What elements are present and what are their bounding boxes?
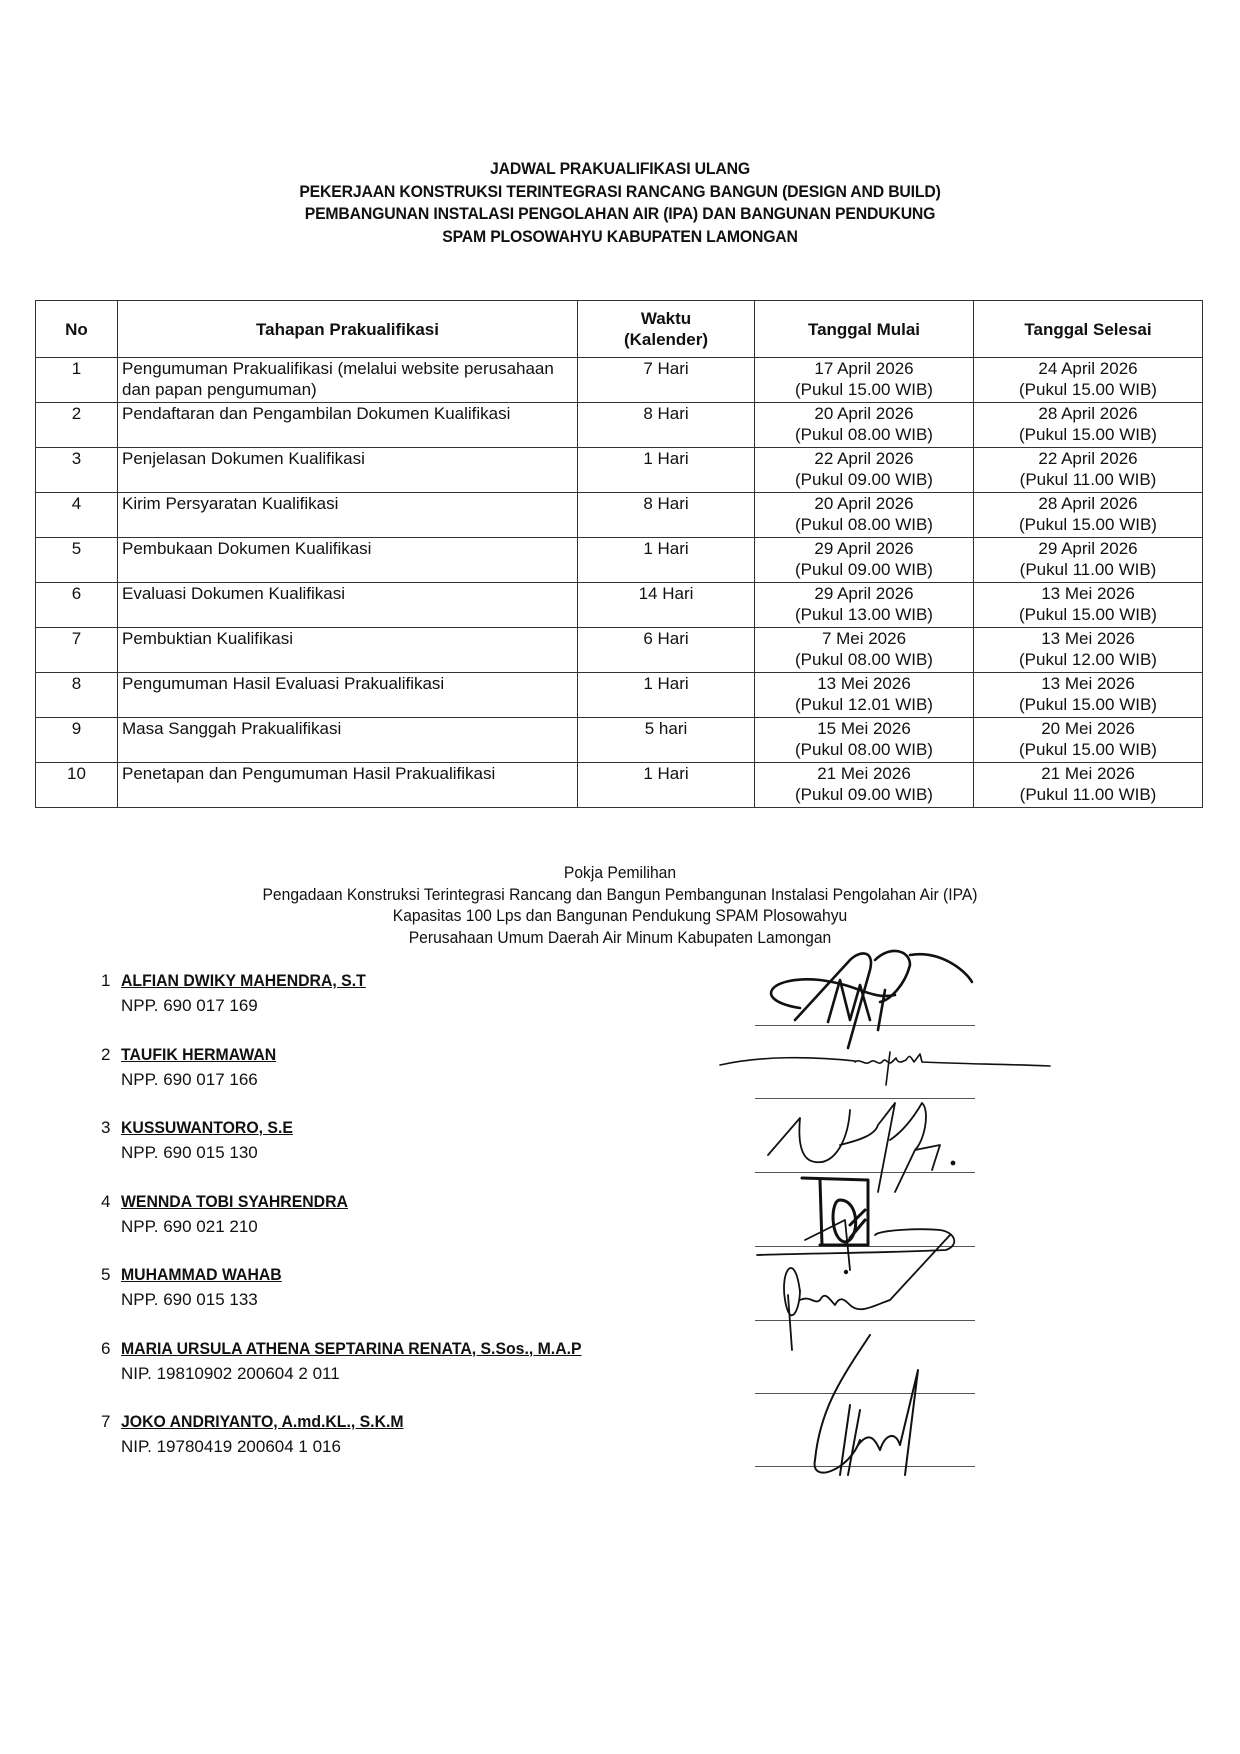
cell-end: 13 Mei 2026 (Pukul 15.00 WIB) — [974, 673, 1203, 718]
header-duration-line2: (Kalender) — [578, 329, 754, 350]
cell-no: 4 — [36, 493, 118, 538]
cell-end: 24 April 2026 (Pukul 15.00 WIB) — [974, 358, 1203, 403]
signature-5-icon — [757, 1220, 954, 1350]
table-row: 10 Penetapan dan Pengumuman Hasil Prakua… — [36, 763, 1203, 808]
header-end: Tanggal Selesai — [974, 301, 1203, 358]
member-number: 4 — [101, 1191, 110, 1212]
member-number: 6 — [101, 1338, 110, 1359]
member-id: NPP. 690 017 169 — [121, 995, 258, 1016]
cell-stage: Penetapan dan Pengumuman Hasil Prakualif… — [118, 763, 578, 808]
start-time: (Pukul 09.00 WIB) — [755, 784, 973, 805]
committee-line-2: Pengadaan Konstruksi Terintegrasi Rancan… — [50, 884, 1191, 906]
cell-no: 10 — [36, 763, 118, 808]
cell-duration: 1 Hari — [578, 763, 755, 808]
table-row: 9 Masa Sanggah Prakualifikasi 5 hari 15 … — [36, 718, 1203, 763]
cell-stage: Pembukaan Dokumen Kualifikasi — [118, 538, 578, 583]
member-name: TAUFIK HERMAWAN — [121, 1044, 276, 1065]
start-date: 20 April 2026 — [755, 403, 973, 424]
cell-end: 28 April 2026 (Pukul 15.00 WIB) — [974, 493, 1203, 538]
title-line-3: PEMBANGUNAN INSTALASI PENGOLAHAN AIR (IP… — [43, 203, 1196, 226]
cell-start: 15 Mei 2026 (Pukul 08.00 WIB) — [755, 718, 974, 763]
end-time: (Pukul 15.00 WIB) — [974, 424, 1202, 445]
table-row: 4 Kirim Persyaratan Kualifikasi 8 Hari 2… — [36, 493, 1203, 538]
signature-4-icon — [802, 1178, 868, 1245]
schedule-table: No Tahapan Prakualifikasi Waktu (Kalende… — [35, 300, 1203, 808]
member-name: MARIA URSULA ATHENA SEPTARINA RENATA, S.… — [121, 1338, 582, 1359]
member-item: 4 WENNDA TOBI SYAHRENDRA NPP. 690 021 21… — [101, 1191, 741, 1265]
member-name: MUHAMMAD WAHAB — [121, 1264, 282, 1285]
start-date: 22 April 2026 — [755, 448, 973, 469]
cell-start: 29 April 2026 (Pukul 13.00 WIB) — [755, 583, 974, 628]
cell-no: 2 — [36, 403, 118, 448]
title-line-1: JADWAL PRAKUALIFIKASI ULANG — [43, 158, 1196, 181]
cell-stage: Pengumuman Hasil Evaluasi Prakualifikasi — [118, 673, 578, 718]
end-time: (Pukul 11.00 WIB) — [974, 559, 1202, 580]
cell-end: 20 Mei 2026 (Pukul 15.00 WIB) — [974, 718, 1203, 763]
member-id: NIP. 19780419 200604 1 016 — [121, 1436, 341, 1457]
signature-marks — [700, 940, 1100, 1500]
cell-stage: Masa Sanggah Prakualifikasi — [118, 718, 578, 763]
cell-duration: 7 Hari — [578, 358, 755, 403]
start-time: (Pukul 09.00 WIB) — [755, 469, 973, 490]
cell-stage: Pengumuman Prakualifikasi (melalui websi… — [118, 358, 578, 403]
cell-start: 20 April 2026 (Pukul 08.00 WIB) — [755, 493, 974, 538]
end-date: 21 Mei 2026 — [974, 763, 1202, 784]
cell-start: 20 April 2026 (Pukul 08.00 WIB) — [755, 403, 974, 448]
cell-stage: Pendaftaran dan Pengambilan Dokumen Kual… — [118, 403, 578, 448]
end-date: 13 Mei 2026 — [974, 583, 1202, 604]
start-time: (Pukul 08.00 WIB) — [755, 514, 973, 535]
end-time: (Pukul 11.00 WIB) — [974, 469, 1202, 490]
member-number: 1 — [101, 970, 110, 991]
cell-duration: 1 Hari — [578, 673, 755, 718]
header-duration: Waktu (Kalender) — [578, 301, 755, 358]
end-time: (Pukul 15.00 WIB) — [974, 379, 1202, 400]
signature-2-icon — [720, 1052, 1050, 1085]
cell-stage: Evaluasi Dokumen Kualifikasi — [118, 583, 578, 628]
cell-duration: 8 Hari — [578, 403, 755, 448]
end-date: 13 Mei 2026 — [974, 673, 1202, 694]
document-title: JADWAL PRAKUALIFIKASI ULANG PEKERJAAN KO… — [0, 158, 1240, 248]
cell-end: 13 Mei 2026 (Pukul 15.00 WIB) — [974, 583, 1203, 628]
start-date: 15 Mei 2026 — [755, 718, 973, 739]
member-number: 7 — [101, 1411, 110, 1432]
member-number: 5 — [101, 1264, 110, 1285]
committee-line-3: Kapasitas 100 Lps dan Bangunan Pendukung… — [50, 905, 1191, 927]
cell-end: 29 April 2026 (Pukul 11.00 WIB) — [974, 538, 1203, 583]
cell-end: 22 April 2026 (Pukul 11.00 WIB) — [974, 448, 1203, 493]
cell-duration: 1 Hari — [578, 448, 755, 493]
member-item: 5 MUHAMMAD WAHAB NPP. 690 015 133 — [101, 1264, 741, 1338]
table-row: 7 Pembuktian Kualifikasi 6 Hari 7 Mei 20… — [36, 628, 1203, 673]
end-time: (Pukul 15.00 WIB) — [974, 604, 1202, 625]
end-time: (Pukul 15.00 WIB) — [974, 694, 1202, 715]
end-time: (Pukul 15.00 WIB) — [974, 514, 1202, 535]
cell-duration: 1 Hari — [578, 538, 755, 583]
member-id: NPP. 690 015 130 — [121, 1142, 258, 1163]
table-header-row: No Tahapan Prakualifikasi Waktu (Kalende… — [36, 301, 1203, 358]
end-date: 13 Mei 2026 — [974, 628, 1202, 649]
end-date: 28 April 2026 — [974, 403, 1202, 424]
member-id: NPP. 690 021 210 — [121, 1216, 258, 1237]
header-no: No — [36, 301, 118, 358]
cell-stage: Penjelasan Dokumen Kualifikasi — [118, 448, 578, 493]
cell-start: 29 April 2026 (Pukul 09.00 WIB) — [755, 538, 974, 583]
table-row: 1 Pengumuman Prakualifikasi (melalui web… — [36, 358, 1203, 403]
table-row: 8 Pengumuman Hasil Evaluasi Prakualifika… — [36, 673, 1203, 718]
start-date: 17 April 2026 — [755, 358, 973, 379]
cell-no: 7 — [36, 628, 118, 673]
cell-duration: 6 Hari — [578, 628, 755, 673]
cell-duration: 14 Hari — [578, 583, 755, 628]
header-start: Tanggal Mulai — [755, 301, 974, 358]
member-item: 1 ALFIAN DWIKY MAHENDRA, S.T NPP. 690 01… — [101, 970, 741, 1044]
start-date: 29 April 2026 — [755, 538, 973, 559]
cell-no: 8 — [36, 673, 118, 718]
table-row: 5 Pembukaan Dokumen Kualifikasi 1 Hari 2… — [36, 538, 1203, 583]
cell-start: 22 April 2026 (Pukul 09.00 WIB) — [755, 448, 974, 493]
start-time: (Pukul 08.00 WIB) — [755, 649, 973, 670]
member-number: 2 — [101, 1044, 110, 1065]
cell-start: 21 Mei 2026 (Pukul 09.00 WIB) — [755, 763, 974, 808]
end-date: 29 April 2026 — [974, 538, 1202, 559]
cell-end: 13 Mei 2026 (Pukul 12.00 WIB) — [974, 628, 1203, 673]
end-time: (Pukul 12.00 WIB) — [974, 649, 1202, 670]
start-time: (Pukul 13.00 WIB) — [755, 604, 973, 625]
start-date: 7 Mei 2026 — [755, 628, 973, 649]
end-date: 24 April 2026 — [974, 358, 1202, 379]
cell-start: 7 Mei 2026 (Pukul 08.00 WIB) — [755, 628, 974, 673]
member-number: 3 — [101, 1117, 110, 1138]
member-item: 7 JOKO ANDRIYANTO, A.md.KL., S.K.M NIP. … — [101, 1411, 741, 1485]
cell-end: 21 Mei 2026 (Pukul 11.00 WIB) — [974, 763, 1203, 808]
table-row: 2 Pendaftaran dan Pengambilan Dokumen Ku… — [36, 403, 1203, 448]
start-time: (Pukul 08.00 WIB) — [755, 424, 973, 445]
end-date: 28 April 2026 — [974, 493, 1202, 514]
title-line-2: PEKERJAAN KONSTRUKSI TERINTEGRASI RANCAN… — [43, 181, 1196, 204]
cell-duration: 5 hari — [578, 718, 755, 763]
start-time: (Pukul 15.00 WIB) — [755, 379, 973, 400]
cell-no: 9 — [36, 718, 118, 763]
member-name: JOKO ANDRIYANTO, A.md.KL., S.K.M — [121, 1411, 404, 1432]
start-time: (Pukul 12.01 WIB) — [755, 694, 973, 715]
cell-no: 6 — [36, 583, 118, 628]
table-row: 6 Evaluasi Dokumen Kualifikasi 14 Hari 2… — [36, 583, 1203, 628]
cell-no: 1 — [36, 358, 118, 403]
start-time: (Pukul 09.00 WIB) — [755, 559, 973, 580]
table-row: 3 Penjelasan Dokumen Kualifikasi 1 Hari … — [36, 448, 1203, 493]
signature-1-icon — [771, 951, 972, 1048]
member-name: WENNDA TOBI SYAHRENDRA — [121, 1191, 348, 1212]
start-date: 21 Mei 2026 — [755, 763, 973, 784]
committee-heading: Pokja Pemilihan Pengadaan Konstruksi Ter… — [0, 862, 1240, 948]
end-time: (Pukul 11.00 WIB) — [974, 784, 1202, 805]
cell-stage: Pembuktian Kualifikasi — [118, 628, 578, 673]
cell-start: 17 April 2026 (Pukul 15.00 WIB) — [755, 358, 974, 403]
start-time: (Pukul 08.00 WIB) — [755, 739, 973, 760]
header-stage: Tahapan Prakualifikasi — [118, 301, 578, 358]
signature-7-icon — [815, 1335, 918, 1475]
committee-line-1: Pokja Pemilihan — [50, 862, 1191, 884]
member-item: 2 TAUFIK HERMAWAN NPP. 690 017 166 — [101, 1044, 741, 1118]
signature-area — [700, 940, 1100, 1500]
cell-no: 3 — [36, 448, 118, 493]
cell-stage: Kirim Persyaratan Kualifikasi — [118, 493, 578, 538]
start-date: 13 Mei 2026 — [755, 673, 973, 694]
cell-end: 28 April 2026 (Pukul 15.00 WIB) — [974, 403, 1203, 448]
header-duration-line1: Waktu — [578, 308, 754, 329]
end-time: (Pukul 15.00 WIB) — [974, 739, 1202, 760]
cell-duration: 8 Hari — [578, 493, 755, 538]
cell-no: 5 — [36, 538, 118, 583]
title-line-4: SPAM PLOSOWAHYU KABUPATEN LAMONGAN — [43, 226, 1196, 249]
end-date: 20 Mei 2026 — [974, 718, 1202, 739]
member-name: KUSSUWANTORO, S.E — [121, 1117, 293, 1138]
member-name: ALFIAN DWIKY MAHENDRA, S.T — [121, 970, 366, 991]
member-item: 6 MARIA URSULA ATHENA SEPTARINA RENATA, … — [101, 1338, 741, 1412]
start-date: 20 April 2026 — [755, 493, 973, 514]
start-date: 29 April 2026 — [755, 583, 973, 604]
member-id: NPP. 690 017 166 — [121, 1069, 258, 1090]
member-id: NIP. 19810902 200604 2 011 — [121, 1363, 340, 1384]
member-list: 1 ALFIAN DWIKY MAHENDRA, S.T NPP. 690 01… — [101, 970, 741, 1485]
cell-start: 13 Mei 2026 (Pukul 12.01 WIB) — [755, 673, 974, 718]
member-item: 3 KUSSUWANTORO, S.E NPP. 690 015 130 — [101, 1117, 741, 1191]
end-date: 22 April 2026 — [974, 448, 1202, 469]
member-id: NPP. 690 015 133 — [121, 1289, 258, 1310]
